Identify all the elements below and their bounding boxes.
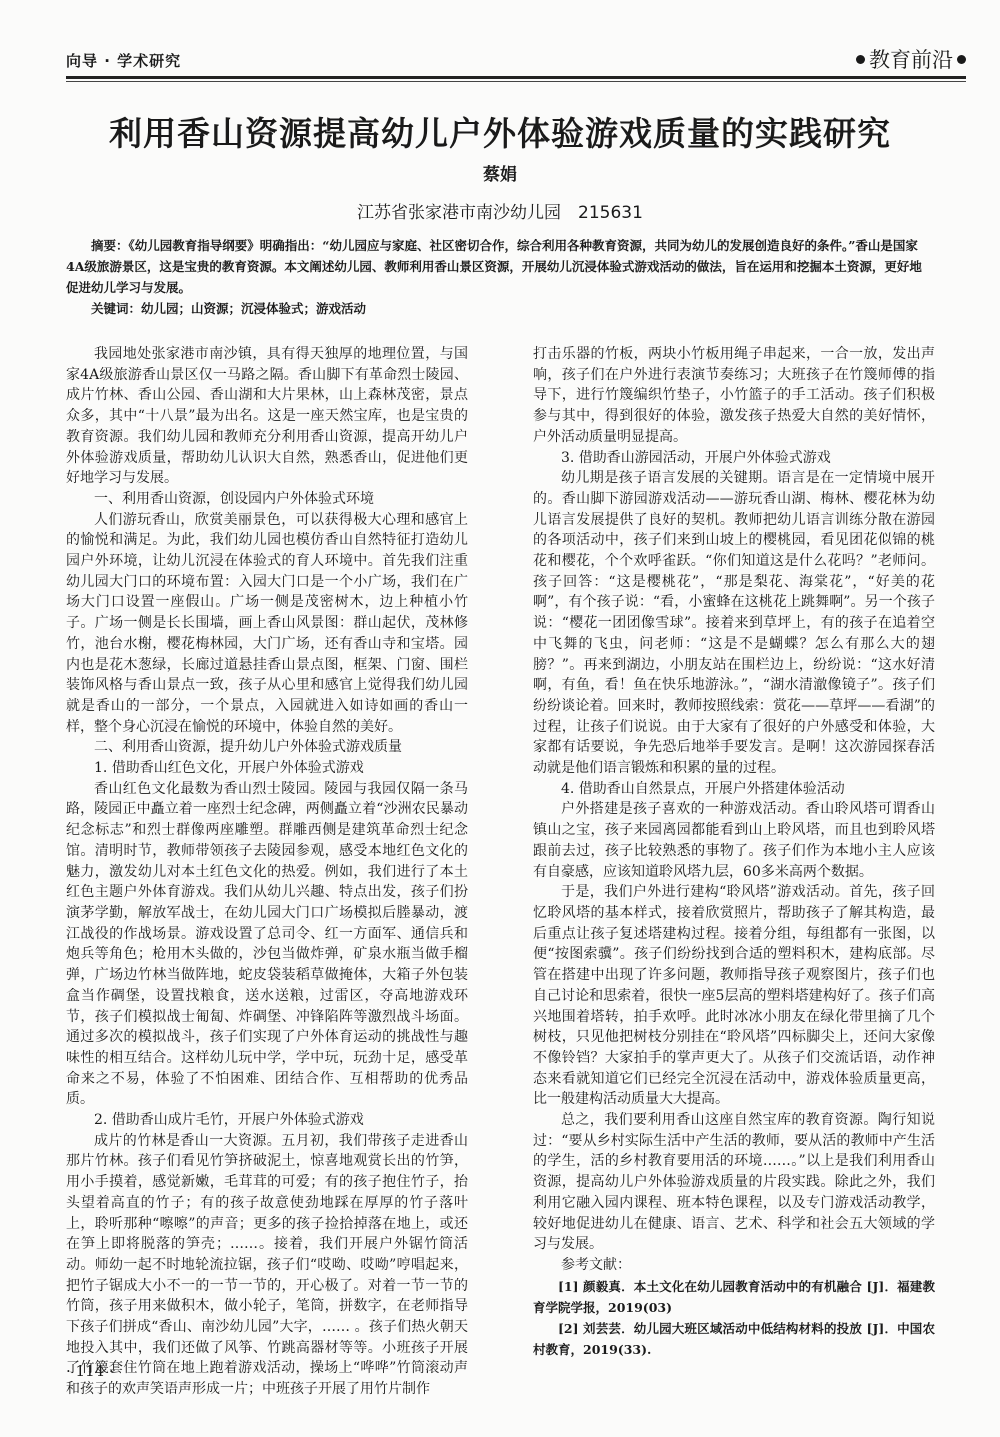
journal-section-label: 向导 · 学术研究 xyxy=(66,50,181,71)
reference-entry: [1] 颜毅真．本土文化在幼儿园教育活动中的有机融合 [J]．福建教育学院学报，… xyxy=(533,1276,935,1318)
body-paragraph: 我园地处张家港市南沙镇，具有得天独厚的地理位置，与国家4A级旅游香山景区仅一马路… xyxy=(66,344,468,489)
body-paragraph: 幼儿期是孩子语言发展的关键期。语言是在一定情境中展开的。香山脚下游园游戏活动——… xyxy=(533,468,935,779)
body-paragraph: 户外搭建是孩子喜欢的一种游戏活动。香山聆风塔可谓香山镇山之宝，孩子来园离园都能看… xyxy=(533,799,935,882)
body-paragraph: 总之，我们要利用香山这座自然宝库的教育资源。陶行知说过：“要从乡村实际生活中产生… xyxy=(533,1110,935,1255)
keywords-text: 关键词：幼儿园；山资源；沉浸体验式；游戏活动 xyxy=(66,298,934,319)
right-column: 打击乐器的竹板，两块小竹板用绳子串起来，一合一放，发出声响，孩子们在户外进行表演… xyxy=(533,344,935,1360)
body-paragraph: 成片的竹林是香山一大资源。五月初，我们带孩子走进香山那片竹林。孩子们看见竹笋挤破… xyxy=(66,1131,468,1400)
header-rule-thin xyxy=(66,81,966,82)
bullet-dot-icon xyxy=(957,55,966,64)
section-heading: 二、利用香山资源，提升幼儿户外体验式游戏质量 xyxy=(66,737,468,758)
body-paragraph: 于是，我们户外进行建构“聆风塔”游戏活动。首先，孩子回忆聆风塔的基本样式，接着欣… xyxy=(533,882,935,1110)
article-title: 利用香山资源提高幼儿户外体验游戏质量的实践研究 xyxy=(0,108,1000,155)
page-number: · 114 · xyxy=(66,1362,114,1380)
abstract-block: 摘要：《幼儿园教育指导纲要》明确指出：“幼儿园应与家庭、社区密切合作，综合利用各… xyxy=(66,235,934,319)
section-heading: 4. 借助香山自然景点，开展户外搭建体验活动 xyxy=(533,779,935,800)
header-rule xyxy=(66,76,966,79)
section-heading: 3. 借助香山游园活动，开展户外体验式游戏 xyxy=(533,448,935,469)
section-heading: 2. 借助香山成片毛竹，开展户外体验式游戏 xyxy=(66,1110,468,1131)
body-paragraph: 香山红色文化最数为香山烈士陵园。陵园与我园仅隔一条马路，陵园正中矗立着一座烈士纪… xyxy=(66,779,468,1110)
abstract-text: 摘要：《幼儿园教育指导纲要》明确指出：“幼儿园应与家庭、社区密切合作，综合利用各… xyxy=(66,235,934,298)
section-heading: 一、利用香山资源，创设园内户外体验式环境 xyxy=(66,489,468,510)
section-heading: 1. 借助香山红色文化，开展户外体验式游戏 xyxy=(66,758,468,779)
body-paragraph: 人们游玩香山，欣赏美丽景色，可以获得极大心理和感官上的愉悦和满足。为此，我们幼儿… xyxy=(66,510,468,738)
column-label: 教育前沿 xyxy=(856,44,966,74)
bullet-dot-icon xyxy=(856,55,865,64)
section-heading: 参考文献： xyxy=(533,1255,935,1276)
author-affiliation: 江苏省张家港市南沙幼儿园 215631 xyxy=(0,198,1000,223)
author-name: 蔡娟 xyxy=(0,160,1000,185)
reference-entry: [2] 刘芸芸．幼儿园大班区域活动中低结构材料的投放 [J]．中国农村教育，20… xyxy=(533,1318,935,1360)
column-label-text: 教育前沿 xyxy=(869,44,953,74)
body-paragraph: 打击乐器的竹板，两块小竹板用绳子串起来，一合一放，发出声响，孩子们在户外进行表演… xyxy=(533,344,935,448)
left-column: 我园地处张家港市南沙镇，具有得天独厚的地理位置，与国家4A级旅游香山景区仅一马路… xyxy=(66,344,468,1400)
